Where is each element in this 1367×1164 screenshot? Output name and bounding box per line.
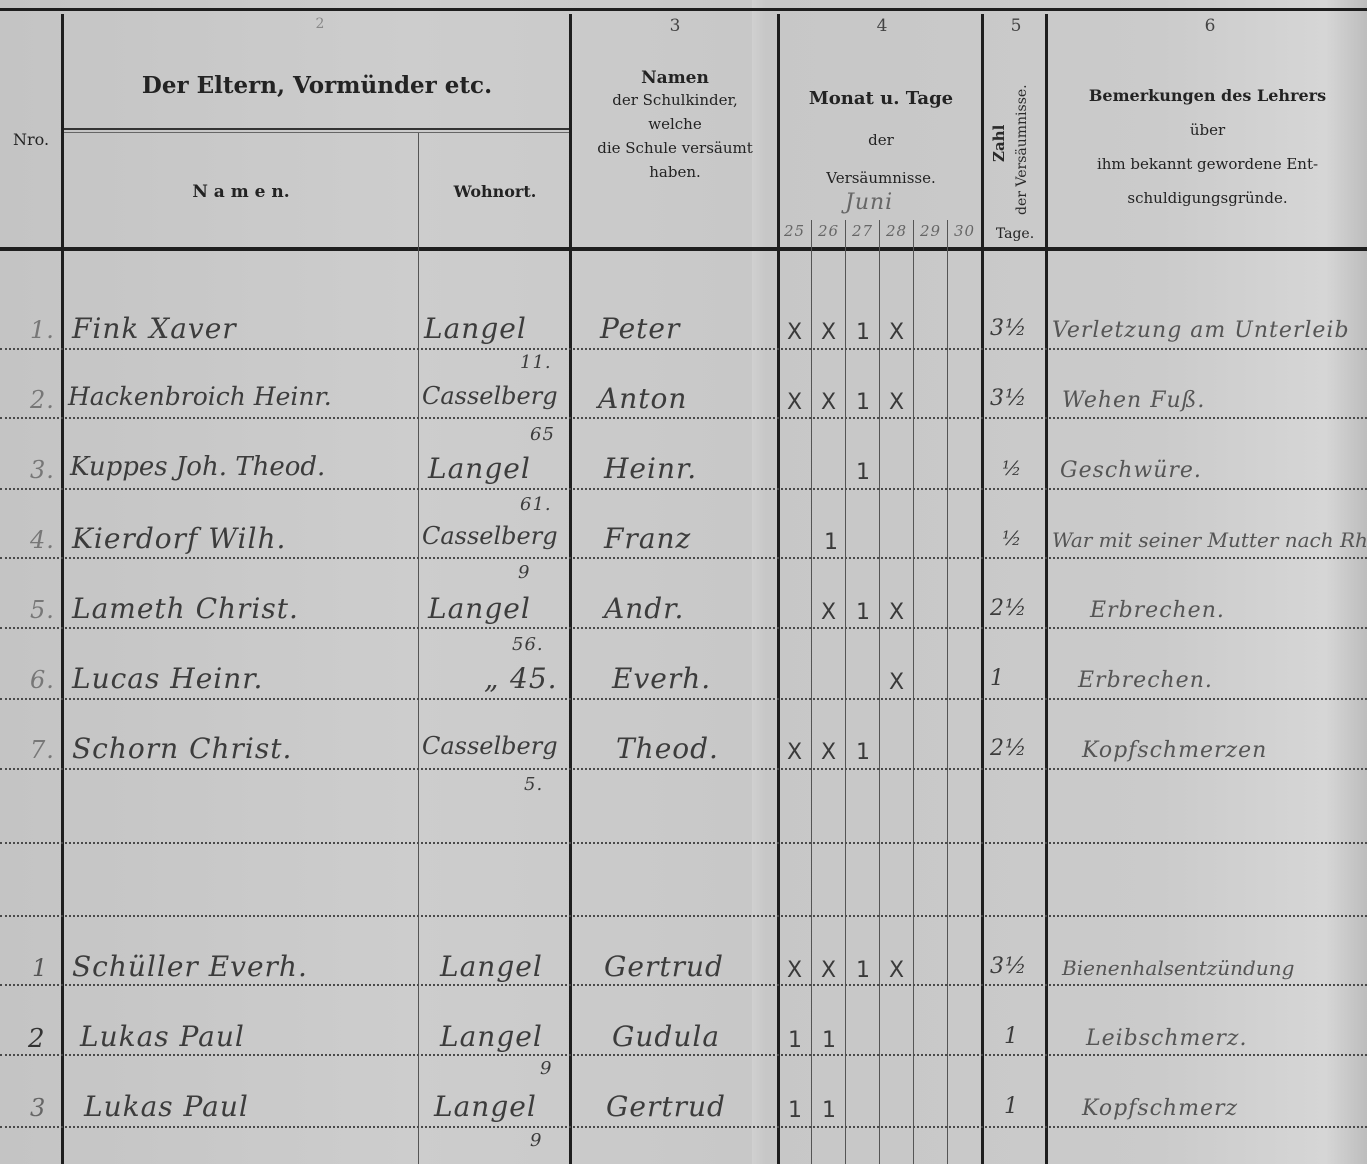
col-number-5: 5 bbox=[996, 16, 1036, 36]
col3-line: welche bbox=[572, 112, 778, 136]
col-number-6: 6 bbox=[1190, 16, 1230, 36]
col3-line: der Schulkinder, bbox=[572, 88, 778, 112]
col2-sub-rule-2 bbox=[62, 132, 570, 133]
col6-line: über bbox=[1048, 116, 1367, 145]
teacher-remark: Geschwüre. bbox=[1060, 458, 1202, 483]
school-absence-register-page: 2 3 4 5 6 Nro. Der Eltern, Vormünder etc… bbox=[0, 0, 1367, 1164]
day-mark: 1 bbox=[822, 1028, 837, 1053]
row-nro: 6. bbox=[30, 666, 55, 694]
child-name: Gudula bbox=[612, 1020, 720, 1053]
row-line bbox=[0, 915, 1367, 917]
child-name: Andr. bbox=[604, 592, 684, 625]
house-number: 5. bbox=[524, 774, 543, 795]
day-mark: X bbox=[821, 958, 837, 983]
row-line bbox=[0, 698, 1367, 700]
row-nro: 2. bbox=[30, 386, 55, 414]
teacher-remark: Wehen Fuß. bbox=[1062, 388, 1205, 413]
col6-line: schuldigungsgründe. bbox=[1048, 184, 1367, 213]
child-name: Theod. bbox=[616, 732, 719, 765]
total-days: 2½ bbox=[990, 596, 1027, 621]
day-mark: 1 bbox=[856, 600, 871, 625]
day-divider-4 bbox=[913, 220, 914, 1164]
col-number-4: 4 bbox=[862, 16, 902, 36]
day-mark: X bbox=[821, 740, 837, 765]
day-mark: 1 bbox=[822, 1098, 837, 1123]
teacher-remark: Erbrechen. bbox=[1078, 668, 1213, 693]
total-days: 3½ bbox=[990, 954, 1027, 979]
residence: Casselberg bbox=[422, 522, 558, 550]
house-number: 9 bbox=[530, 1130, 542, 1151]
day-header-30: 30 bbox=[954, 222, 975, 240]
day-mark: X bbox=[889, 958, 905, 983]
total-days: ½ bbox=[1002, 456, 1022, 480]
child-name: Heinr. bbox=[604, 452, 697, 485]
day-mark: X bbox=[787, 740, 803, 765]
header-bottom-rule bbox=[0, 247, 1367, 251]
day-mark: 1 bbox=[788, 1028, 803, 1053]
residence: Casselberg bbox=[422, 382, 558, 410]
day-header-26: 26 bbox=[818, 222, 839, 240]
total-days: 2½ bbox=[990, 736, 1027, 761]
house-number: 11. bbox=[520, 352, 552, 373]
row-line bbox=[0, 984, 1367, 986]
col4-month-handwritten: Juni bbox=[845, 190, 893, 215]
row-line bbox=[0, 417, 1367, 419]
residence: Langel bbox=[440, 1020, 543, 1053]
row-nro: 3 bbox=[30, 1094, 46, 1122]
col3-header: Namen der Schulkinder, welche die Schule… bbox=[572, 68, 778, 184]
col5-vertical-bold: Zahl bbox=[990, 125, 1008, 162]
day-mark: 1 bbox=[856, 958, 871, 983]
col3-line: haben. bbox=[572, 160, 778, 184]
day-mark: X bbox=[787, 958, 803, 983]
nro-header: Nro. bbox=[0, 130, 62, 149]
top-rule bbox=[0, 8, 1367, 11]
residence: Langel bbox=[428, 452, 531, 485]
col5-unit: Tage. bbox=[984, 226, 1046, 242]
row-line bbox=[0, 842, 1367, 844]
total-days: 1 bbox=[1004, 1094, 1019, 1119]
day-mark: 1 bbox=[824, 530, 839, 555]
row-nro: 3. bbox=[30, 456, 55, 484]
parent-name: Kierdorf Wilh. bbox=[72, 522, 286, 555]
row-nro: 1 bbox=[32, 954, 48, 982]
teacher-remark: Bienenhalsentzündung bbox=[1062, 956, 1294, 980]
col2-title: Der Eltern, Vormünder etc. bbox=[64, 72, 570, 99]
house-number: 61. bbox=[520, 494, 552, 515]
row-line bbox=[0, 348, 1367, 350]
residence: Casselberg bbox=[422, 732, 558, 760]
house-number: 65 bbox=[530, 424, 555, 445]
row-nro: 7. bbox=[30, 736, 55, 764]
col4-line: der bbox=[780, 126, 982, 155]
day-mark: 1 bbox=[788, 1098, 803, 1123]
residence: Langel bbox=[440, 950, 543, 983]
residence: Langel bbox=[428, 592, 531, 625]
day-mark: X bbox=[787, 320, 803, 345]
row-nro: 2 bbox=[28, 1024, 46, 1054]
row-line bbox=[0, 1126, 1367, 1128]
day-mark: 1 bbox=[856, 320, 871, 345]
teacher-remark: Kopfschmerzen bbox=[1082, 738, 1267, 763]
col2-sub-name: N a m e n. bbox=[64, 182, 418, 202]
child-name: Franz bbox=[604, 522, 691, 555]
child-name: Anton bbox=[598, 382, 687, 415]
day-mark: 1 bbox=[856, 390, 871, 415]
row-nro: 5. bbox=[30, 596, 55, 624]
day-header-27: 27 bbox=[852, 222, 873, 240]
teacher-remark: Erbrechen. bbox=[1090, 598, 1225, 623]
parent-name: Schorn Christ. bbox=[72, 732, 292, 765]
residence: „ bbox=[484, 662, 500, 695]
col2-sub-rule bbox=[62, 128, 570, 130]
day-mark: 1 bbox=[856, 460, 871, 485]
parent-name: Lukas Paul bbox=[84, 1090, 249, 1123]
col6-title: Bemerkungen des Lehrers bbox=[1048, 86, 1367, 105]
total-days: 3½ bbox=[990, 316, 1027, 341]
day-mark: X bbox=[889, 600, 905, 625]
day-mark: X bbox=[821, 320, 837, 345]
col4-line: Versäumnisse. bbox=[780, 164, 982, 193]
house-number: 9 bbox=[540, 1058, 552, 1079]
day-divider-2 bbox=[845, 220, 846, 1164]
col3-line: die Schule versäumt bbox=[572, 136, 778, 160]
parent-name: Kuppes Joh. Theod. bbox=[70, 452, 325, 482]
house-number: 45. bbox=[510, 662, 558, 695]
child-name: Gertrud bbox=[604, 950, 724, 983]
col5-vertical: der Versäumnisse. bbox=[1014, 84, 1030, 215]
day-header-29: 29 bbox=[920, 222, 941, 240]
day-mark: X bbox=[821, 390, 837, 415]
day-header-25: 25 bbox=[784, 222, 805, 240]
row-line bbox=[0, 557, 1367, 559]
day-divider-5 bbox=[947, 220, 948, 1164]
row-nro: 1. bbox=[30, 316, 55, 344]
day-divider-3 bbox=[879, 220, 880, 1164]
col6-line: ihm bekannt gewordene Ent- bbox=[1048, 150, 1367, 179]
col-number-3: 3 bbox=[655, 16, 695, 36]
total-days: 3½ bbox=[990, 386, 1027, 411]
total-days: 1 bbox=[990, 666, 1005, 691]
parent-name: Fink Xaver bbox=[72, 312, 237, 345]
day-mark: X bbox=[787, 390, 803, 415]
parent-name: Lukas Paul bbox=[80, 1020, 245, 1053]
row-line bbox=[0, 768, 1367, 770]
total-days: ½ bbox=[1002, 526, 1022, 550]
day-mark: X bbox=[821, 600, 837, 625]
residence: Langel bbox=[434, 1090, 537, 1123]
col2-sub-residence: Wohnort. bbox=[420, 182, 570, 201]
child-name: Peter bbox=[600, 312, 680, 345]
total-days: 1 bbox=[1004, 1024, 1019, 1049]
teacher-remark: War mit seiner Mutter nach Rheindorf. bbox=[1052, 528, 1367, 552]
residence: Langel bbox=[424, 312, 527, 345]
row-nro: 4. bbox=[30, 526, 55, 554]
parent-name: Lameth Christ. bbox=[72, 592, 299, 625]
child-name: Everh. bbox=[612, 662, 711, 695]
day-header-28: 28 bbox=[886, 222, 907, 240]
teacher-remark: Kopfschmerz bbox=[1082, 1096, 1238, 1121]
house-number: 9 bbox=[518, 562, 530, 583]
house-number: 56. bbox=[512, 634, 544, 655]
col3-title: Namen bbox=[572, 68, 778, 88]
row-line bbox=[0, 488, 1367, 490]
teacher-remark: Leibschmerz. bbox=[1086, 1026, 1248, 1051]
col-number-2: 2 bbox=[300, 16, 340, 32]
row-line bbox=[0, 1054, 1367, 1056]
day-mark: X bbox=[889, 670, 905, 695]
col-divider-name-residence bbox=[418, 133, 419, 1164]
col4-title: Monat u. Tage bbox=[780, 88, 982, 109]
child-name: Gertrud bbox=[606, 1090, 726, 1123]
row-line bbox=[0, 627, 1367, 629]
day-mark: X bbox=[889, 320, 905, 345]
teacher-remark: Verletzung am Unterleib bbox=[1052, 318, 1350, 343]
day-mark: 1 bbox=[856, 740, 871, 765]
day-mark: X bbox=[889, 390, 905, 415]
parent-name: Hackenbroich Heinr. bbox=[68, 382, 332, 411]
parent-name: Lucas Heinr. bbox=[72, 662, 263, 695]
parent-name: Schüller Everh. bbox=[72, 950, 308, 983]
day-divider-1 bbox=[811, 220, 812, 1164]
